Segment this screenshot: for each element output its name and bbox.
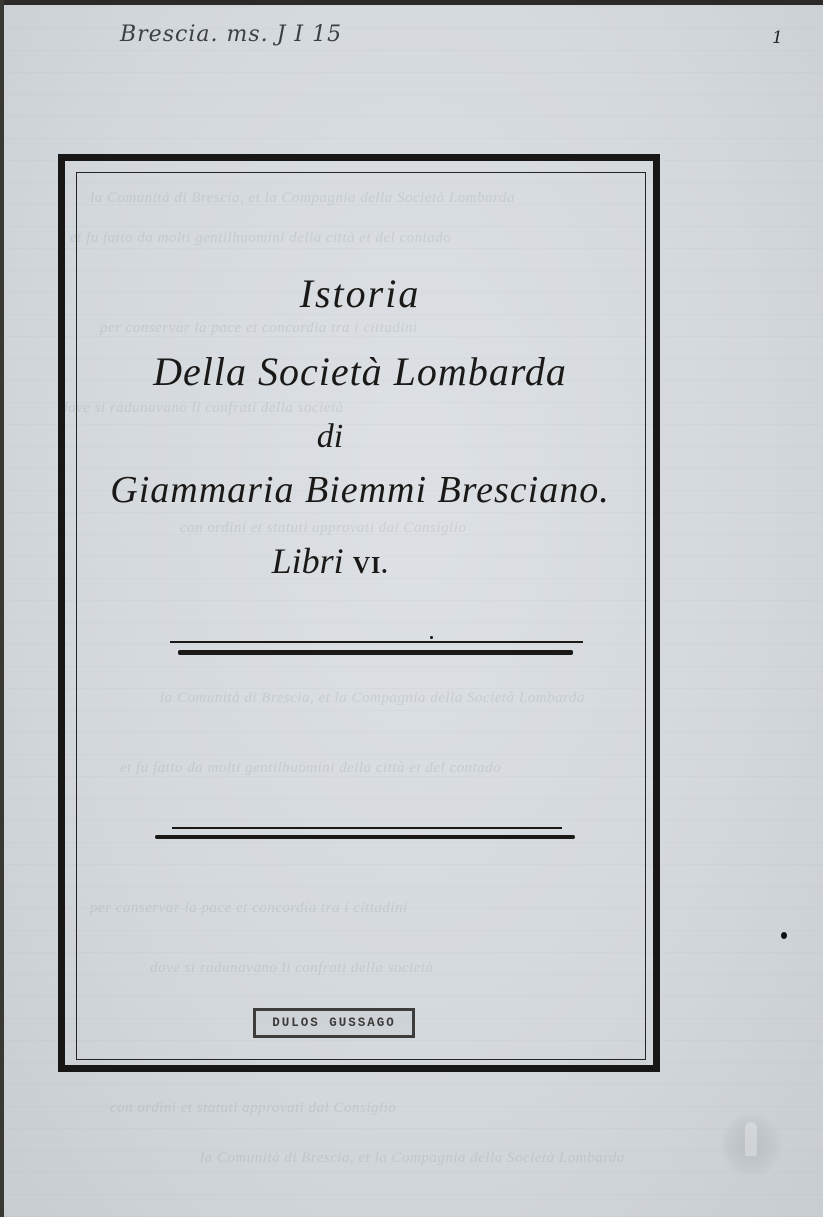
folio-number: 1 (772, 28, 783, 48)
page-left-edge (0, 0, 4, 1217)
ink-spot (781, 932, 787, 939)
lower-thick-rule (155, 835, 575, 839)
title-line-istoria: Istoria (60, 270, 660, 317)
upper-thin-rule (170, 641, 583, 643)
bleed-through-text: con ordini et statuti approvati dal Cons… (110, 1100, 396, 1117)
title-line-author: Giammaria Biemmi Bresciano. (60, 468, 660, 512)
shelfmark-annotation: Brescia. ms. J I 15 (120, 22, 342, 47)
page-top-edge (0, 0, 823, 5)
books-label: Libri (272, 541, 344, 581)
lower-thin-rule (172, 827, 562, 829)
library-stamp: DULOS GUSSAGO (253, 1008, 415, 1038)
watermark-figure (745, 1122, 757, 1156)
books-count: VI. (353, 553, 389, 579)
title-line-books: Libri VI. (30, 540, 630, 582)
bleed-through-text: la Comunità di Brescia, et la Compagnia … (200, 1150, 625, 1167)
ink-spot (430, 636, 433, 639)
upper-thick-rule (178, 650, 573, 655)
title-line-societa: Della Società Lombarda (60, 348, 660, 395)
title-line-di: di (30, 418, 630, 456)
